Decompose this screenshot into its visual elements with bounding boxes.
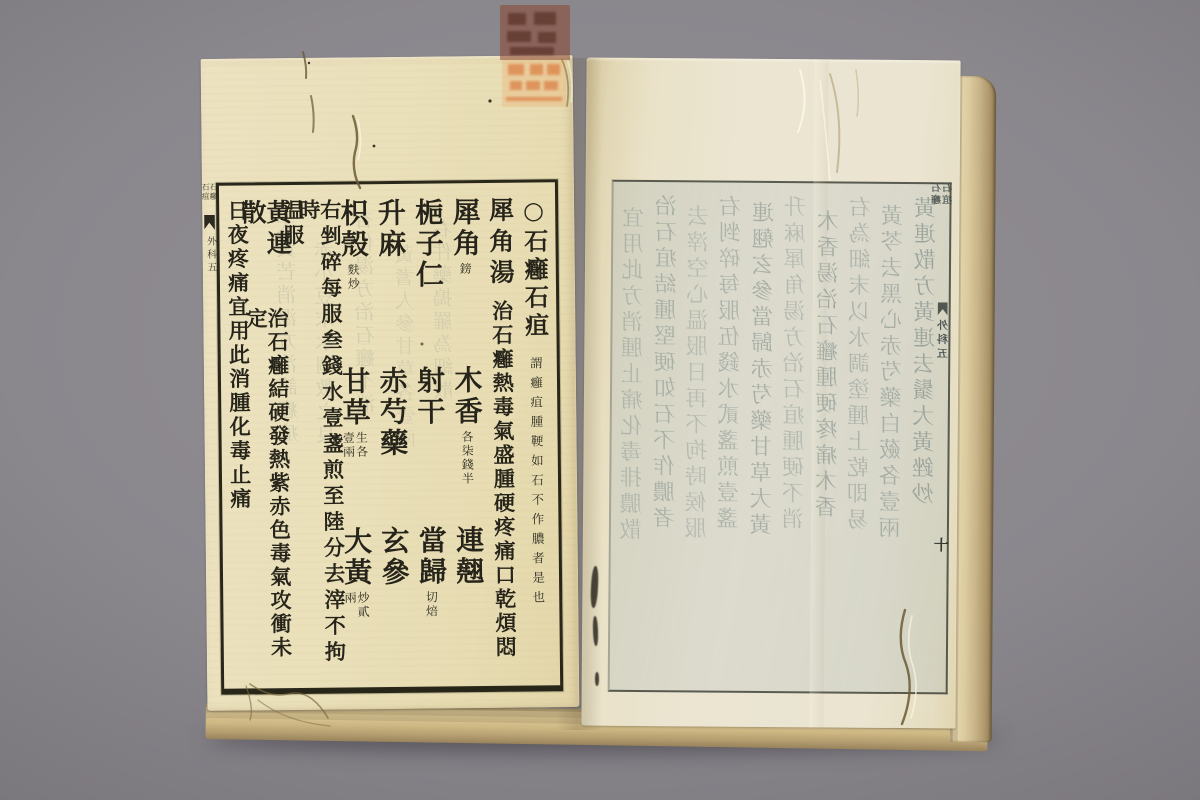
- herb-name: 連翹: [454, 525, 483, 587]
- herb-name: 升麻: [376, 198, 405, 260]
- left-text-frame: 大黃芒消湯方治諸癰疽 赤小豆末水調敷之良 杏仁湯方治石癰不消 黃耆人參甘草各壹兩…: [216, 179, 563, 695]
- left-fold-banxin: 石癰 石疽 外科五: [202, 183, 221, 695]
- herb-column-4: 枳殼 麩炒 甘草 生各壹兩 大黃 炒貳兩: [334, 198, 376, 681]
- herb-name: 赤芍藥: [378, 366, 407, 459]
- herb-name: 射干: [415, 365, 444, 427]
- formula-indication: 治石癰熱毒氣盛腫硬疼痛口乾煩悶: [490, 300, 515, 660]
- ghost-column: 連翹玄參當歸赤芍藥甘草大黃: [751, 201, 777, 679]
- fishtail-icon: [938, 302, 948, 315]
- herb-note: 壹兩: [342, 431, 354, 459]
- ghost-text-frame: 黃連散方黃連去鬚大黃銼炒 黃芩去黑心赤芍藥白蘞各壹兩 右為細末以水調塗腫上乾即易…: [608, 180, 952, 695]
- section-annotation: 謂癰疽腫鞕如石不作膿者是也: [529, 356, 544, 610]
- banxin-title-col: 石疽: [202, 183, 209, 201]
- herb-entry: 射干: [415, 365, 445, 525]
- herb-note: 生各: [355, 431, 367, 459]
- ghost-column: 宜用此方消腫止痛化毒排膿散: [621, 206, 647, 678]
- gutter-ink-smudge: [595, 672, 599, 686]
- orange-watermark-stamp: [500, 5, 570, 107]
- section-heading: ○石癰石疽: [521, 196, 547, 340]
- watermark-lower-block: [502, 60, 566, 107]
- banxin-section-ghost: 外科五: [937, 319, 948, 361]
- herb-note: 麩炒: [347, 263, 359, 291]
- herb-entry: 枳殼 麩炒: [338, 198, 368, 366]
- herb-entry: 赤芍藥: [378, 366, 408, 526]
- herb-entry: 犀角 鎊: [450, 197, 480, 365]
- banxin-title: 石癰 石疽: [202, 183, 216, 201]
- banxin-section: 外科五: [204, 236, 214, 275]
- herb-name: 大黃: [342, 526, 371, 588]
- herb-name: 玄參: [379, 526, 408, 588]
- fishtail-icon: [204, 215, 215, 230]
- herb-name: 犀角: [450, 197, 479, 259]
- herb-note: 各柒錢半: [461, 430, 474, 486]
- right-page: 黃連散方黃連去鬚大黃銼炒 黃芩去黑心赤芍藥白蘞各壹兩 右為細末以水調塗腫上乾即易…: [581, 58, 960, 729]
- herb-entry: 當歸 切焙: [417, 525, 446, 618]
- left-page: 石癰 石疽 外科五 大黃芒消湯方治諸癰疽 赤小豆末水調敷之良 杏仁湯方治石癰不消…: [201, 55, 580, 711]
- ghost-column: 去滓空心温服日再不拘時候服: [686, 204, 712, 678]
- herb-name: 枳殼: [338, 198, 367, 260]
- herb-entry: 甘草 生各壹兩: [340, 366, 370, 526]
- herb-note: 鎊: [459, 262, 471, 276]
- page-number: 十: [934, 534, 949, 555]
- ghost-column: 黃芩去黑心赤芍藥白蘞各壹兩: [880, 204, 906, 680]
- herb-entry: 梔子仁: [413, 197, 443, 365]
- formula-xijiaotang-column: 犀角湯 治石癰熱毒氣盛腫硬疼痛口乾煩悶: [483, 197, 521, 680]
- right-fold-banxin: 石癰 石疽 外科五 十: [926, 182, 958, 702]
- formula-huangliansan-column: 黃連散 治石癰結硬發熱紫赤色毒氣攻衝未定: [250, 199, 286, 682]
- herb-name: 梔子仁: [413, 197, 442, 290]
- banxin-title-col: 石癰: [209, 183, 217, 201]
- herb-note: 兩: [344, 591, 356, 619]
- section-heading-column: ○石癰石疽 謂癰疽腫鞕如石不作膿者是也: [517, 196, 555, 679]
- herb-name: 當歸: [417, 525, 446, 587]
- photograph-of-open-woodblock-book: 黃連散方黃連去鬚大黃銼炒 黃芩去黑心赤芍藥白蘞各壹兩 右為細末以水調塗腫上乾即易…: [0, 0, 1200, 800]
- ghost-columns: 黃連散方黃連去鬚大黃銼炒 黃芩去黑心赤芍藥白蘞各壹兩 右為細末以水調塗腫上乾即易…: [610, 182, 950, 693]
- ghost-column: 升麻犀角湯方治石疽腫硬不消: [783, 195, 809, 679]
- formula-name: 犀角湯: [487, 197, 513, 290]
- ghost-column: 右剉碎每服伍錢水貳盞煎壹盞: [718, 195, 744, 679]
- herb-entry: 連翹: [454, 525, 483, 590]
- herb-name: 木香: [452, 365, 481, 427]
- herb-column-2: 梔子仁 射干 當歸 切焙: [408, 197, 450, 680]
- ghost-column: 木香湯治石癰腫硬疼痛木香: [815, 209, 841, 679]
- herb-column-3: 升麻 赤芍藥 玄參: [371, 198, 413, 681]
- herb-entry: 玄參: [379, 526, 408, 591]
- herb-entry: 升麻: [376, 198, 406, 366]
- watermark-upper-block: [500, 5, 570, 60]
- herb-name: 甘草: [340, 366, 369, 428]
- banxin-title-ghost: 石癰 石疽: [929, 182, 957, 206]
- herb-entry: 木香 各柒錢半: [452, 365, 482, 525]
- ghost-column: 治石疽結腫堅硬如石不作膿者: [653, 194, 679, 678]
- banxin-title-ghost-col: 石疽: [944, 182, 954, 206]
- herb-column-1: 犀角 鎊 木香 各柒錢半 連翹: [446, 197, 488, 680]
- herb-note: 切焙: [425, 591, 437, 619]
- herb-note: 炒貳: [357, 591, 369, 619]
- herb-entry: 大黃 炒貳兩: [342, 526, 371, 619]
- banxin-title-ghost-col: 石癰: [933, 182, 943, 206]
- left-text-columns: ○石癰石疽 謂癰疽腫鞕如石不作膿者是也 犀角湯 治石癰熱毒氣盛腫硬疼痛口乾煩悶 …: [219, 182, 560, 688]
- ghost-column: 右為細末以水調塗腫上乾即易: [848, 196, 874, 680]
